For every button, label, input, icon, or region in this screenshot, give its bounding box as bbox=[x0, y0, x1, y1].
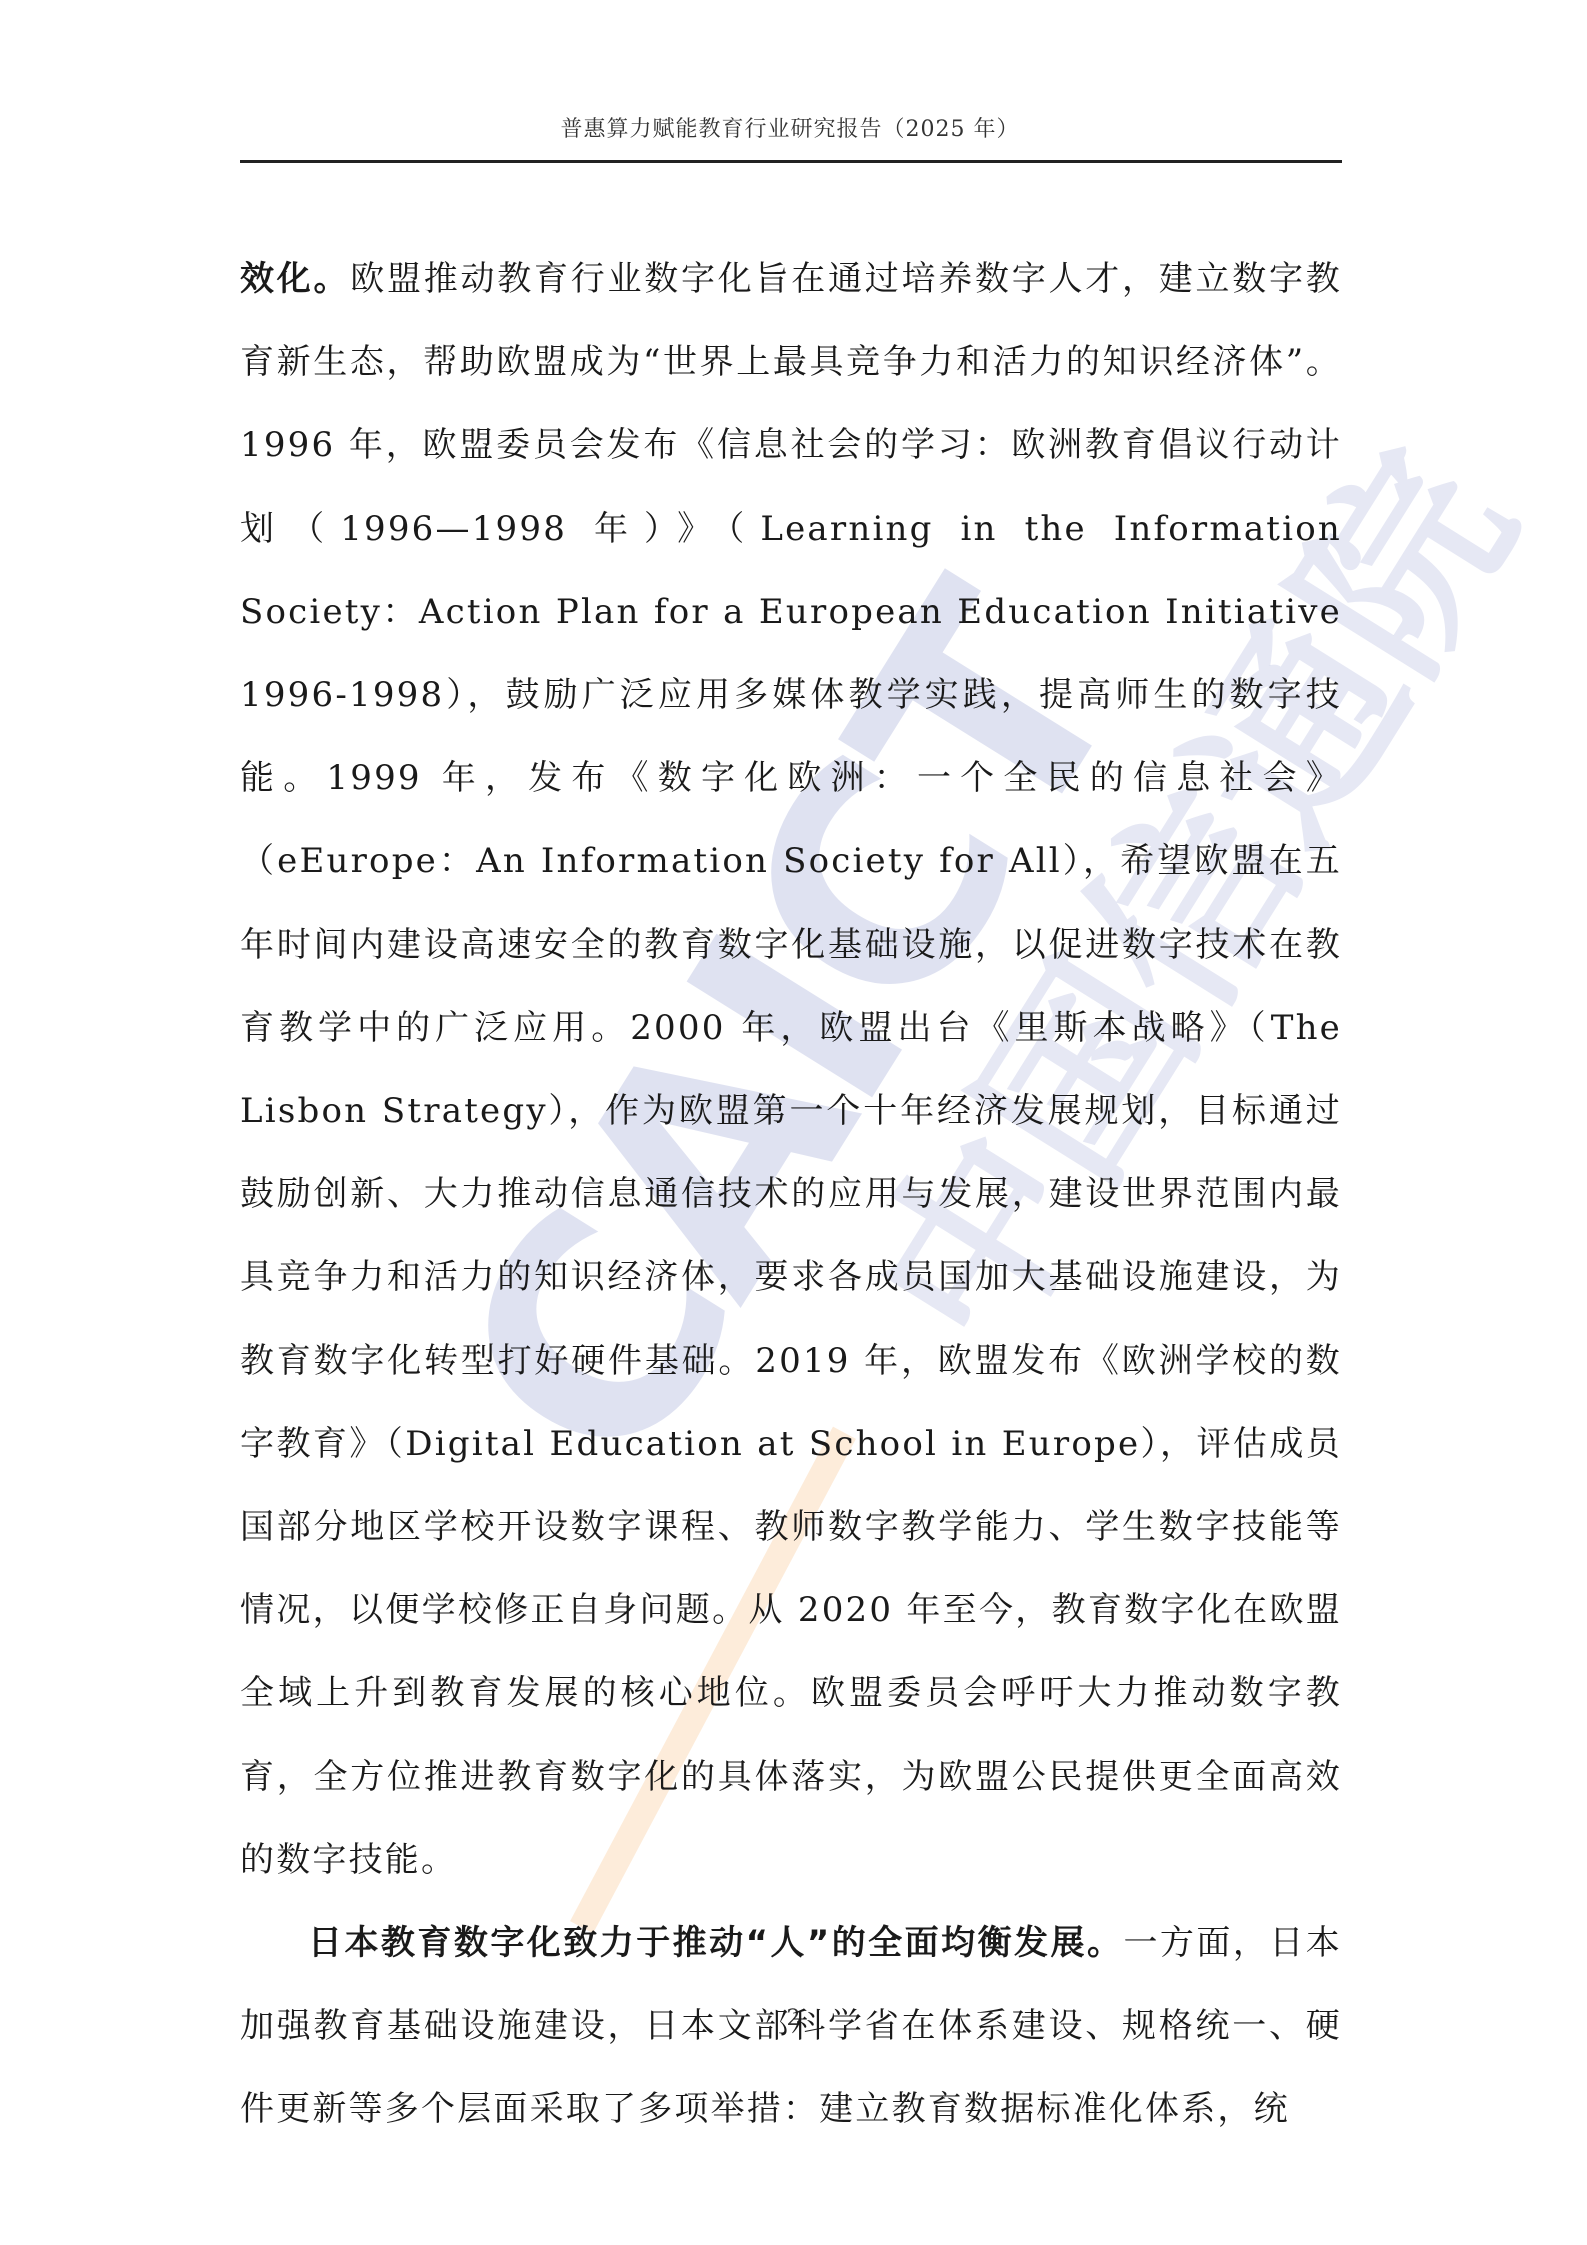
paragraph-eu-lead: 效化。 bbox=[240, 259, 350, 299]
paragraph-japan-lead: 日本教育数字化致力于推动“人”的全面均衡发展。 bbox=[308, 1923, 1123, 1963]
body-text: 效化。欧盟推动教育行业数字化旨在通过培养数字人才，建立数字教育新生态，帮助欧盟成… bbox=[240, 238, 1342, 2152]
header-divider bbox=[240, 160, 1342, 163]
paragraph-eu: 效化。欧盟推动教育行业数字化旨在通过培养数字人才，建立数字教育新生态，帮助欧盟成… bbox=[240, 238, 1342, 1902]
document-page: CAICT 中国信通院 普惠算力赋能教育行业研究报告（2025 年） 效化。欧盟… bbox=[0, 0, 1587, 2245]
paragraph-japan: 日本教育数字化致力于推动“人”的全面均衡发展。一方面，日本加强教育基础设施建设，… bbox=[240, 1902, 1342, 2152]
paragraph-eu-text: 欧盟推动教育行业数字化旨在通过培养数字人才，建立数字教育新生态，帮助欧盟成为“世… bbox=[240, 259, 1342, 1880]
running-header: 普惠算力赋能教育行业研究报告（2025 年） bbox=[240, 112, 1340, 143]
